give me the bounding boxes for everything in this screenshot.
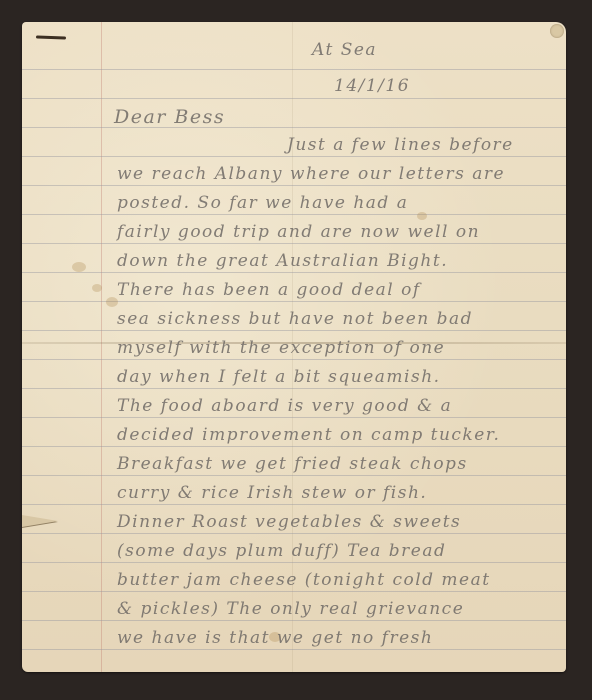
margin-rule xyxy=(101,22,102,672)
ruled-line xyxy=(22,272,566,273)
stain xyxy=(417,212,427,220)
letter-line: Breakfast we get fried steak chops xyxy=(117,454,468,474)
letter-location: At Sea xyxy=(312,40,377,60)
ruled-line xyxy=(22,156,566,157)
letter-line: we reach Albany where our letters are xyxy=(117,164,505,184)
ruled-line xyxy=(22,446,566,447)
ruled-line xyxy=(22,330,566,331)
punch-hole xyxy=(550,24,564,38)
letter-line: sea sickness but have not been bad xyxy=(117,309,473,329)
letter-line: fairly good trip and are now well on xyxy=(117,222,480,242)
letter-line: Just a few lines before xyxy=(287,135,514,155)
letter-line: myself with the exception of one xyxy=(117,338,445,358)
letter-page: At Sea 14/1/16 Dear Bess Just a few line… xyxy=(22,22,566,672)
ruled-line xyxy=(22,127,566,128)
letter-line: posted. So far we have had a xyxy=(117,193,408,213)
ruled-line xyxy=(22,562,566,563)
ruled-line xyxy=(22,533,566,534)
ruled-line xyxy=(22,504,566,505)
letter-date: 14/1/16 xyxy=(334,76,410,96)
ruled-line xyxy=(22,301,566,302)
ruled-line xyxy=(22,243,566,244)
letter-line: curry & rice Irish stew or fish. xyxy=(117,483,427,503)
letter-line: day when I felt a bit squeamish. xyxy=(117,367,441,387)
ruled-line xyxy=(22,417,566,418)
letter-line: (some days plum duff) Tea bread xyxy=(117,541,446,561)
letter-line: we have is that we get no fresh xyxy=(117,628,433,648)
ruled-line xyxy=(22,359,566,360)
ruled-line xyxy=(22,388,566,389)
ruled-line xyxy=(22,620,566,621)
letter-line: There has been a good deal of xyxy=(117,280,421,300)
ruled-line xyxy=(22,69,566,70)
letter-line: butter jam cheese (tonight cold meat xyxy=(117,570,491,590)
ruled-line xyxy=(22,214,566,215)
ruled-line xyxy=(22,475,566,476)
letter-salutation: Dear Bess xyxy=(114,106,225,128)
stain xyxy=(72,262,86,272)
letter-line: & pickles) The only real grievance xyxy=(117,599,464,619)
ruled-line xyxy=(22,98,566,99)
ruled-line xyxy=(22,649,566,650)
paper-tear xyxy=(22,515,58,527)
letter-line: decided improvement on camp tucker. xyxy=(117,425,500,445)
ruled-line xyxy=(22,185,566,186)
letter-line: down the great Australian Bight. xyxy=(117,251,448,271)
stain xyxy=(92,284,102,292)
letter-line: The food aboard is very good & a xyxy=(117,396,452,416)
pencil-mark xyxy=(36,35,66,39)
ruled-line xyxy=(22,591,566,592)
letter-line: Dinner Roast vegetables & sweets xyxy=(117,512,461,532)
